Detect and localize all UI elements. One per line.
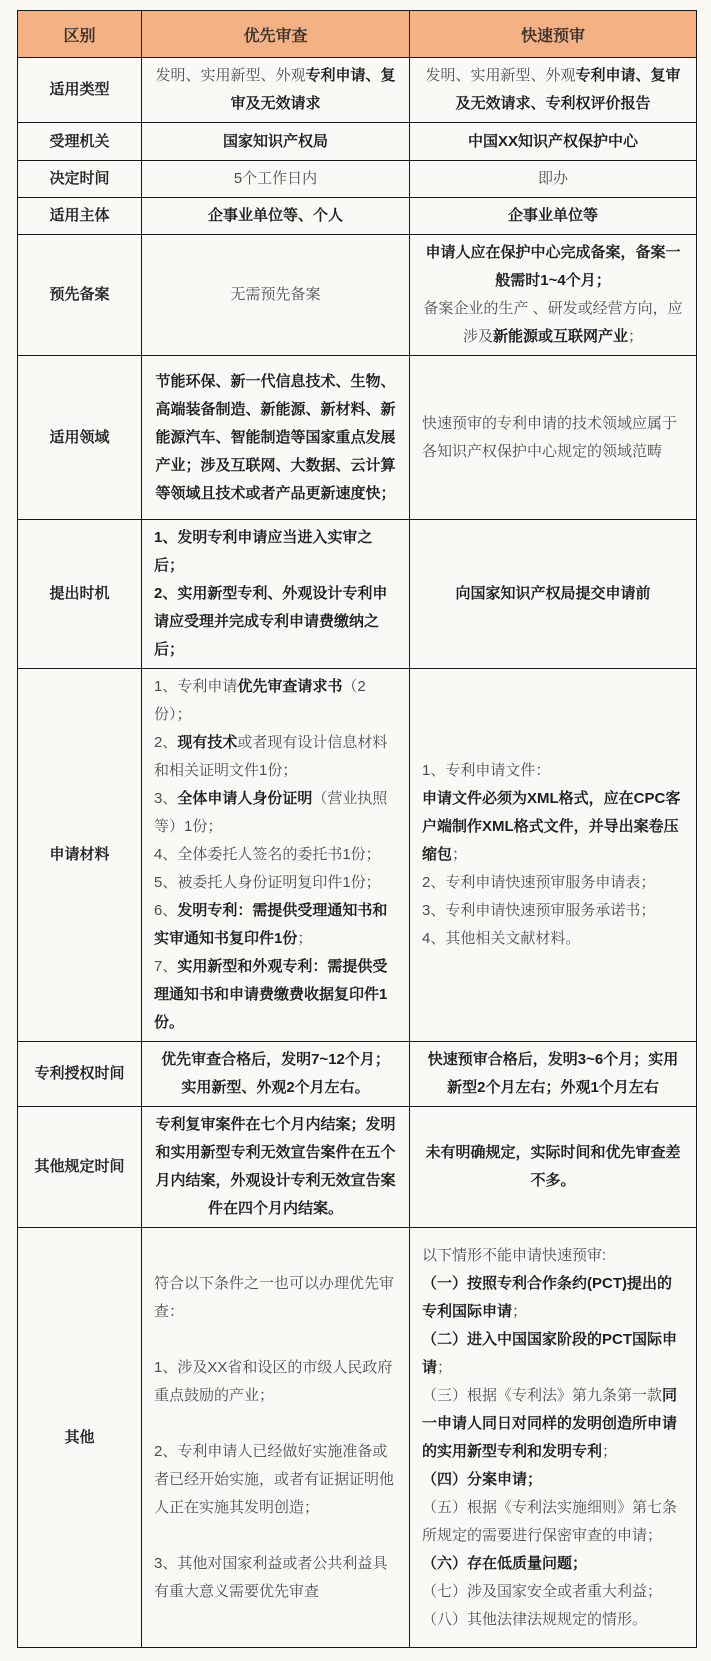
paragraph: 以下情形不能申请快速预审: (422, 1242, 684, 1270)
paragraph: 4、全体委托人签名的委托书1份； (154, 841, 397, 869)
text-run: ； (437, 1359, 452, 1376)
fast-preexam-cell: 申请人应在保护中心完成备案，备案一般需时1~4个月；备案企业的生产 、研发或经营… (410, 235, 697, 356)
paragraph: 1、发明专利申请应当进入实审之后； (154, 524, 397, 580)
table-row: 适用类型发明、实用新型、外观专利申请、复审及无效请求发明、实用新型、外观专利申请… (18, 58, 697, 123)
paragraph (154, 1410, 397, 1438)
bold-text-run: 优先审查合格后，发明7~12个月；实用新型、外观2个月左右。 (161, 1051, 390, 1096)
row-label: 适用领域 (18, 356, 142, 520)
paragraph: 中国XX知识产权保护中心 (422, 128, 684, 156)
paragraph: 1、专利申请文件： (422, 757, 684, 785)
text-run: ； (512, 1303, 527, 1320)
paragraph: 无需预先备案 (154, 281, 397, 309)
table-row: 专利授权时间优先审查合格后，发明7~12个月；实用新型、外观2个月左右。快速预审… (18, 1042, 697, 1107)
bold-text-run: 优先审查请求书 (237, 678, 342, 695)
bold-text-run: 实用新型和外观专利：需提供受理通知书和申请费缴费收据复印件1份。 (154, 958, 387, 1031)
paragraph: 2、专利申请人已经做好实施准备或者已经开始实施，或者有证据证明他人正在实施其发明… (154, 1438, 397, 1522)
row-label: 申请材料 (18, 669, 142, 1042)
text-run: 5个工作日内 (234, 170, 317, 187)
text-run: 2、专利申请人已经做好实施准备或者已经开始实施，或者有证据证明他人正在实施其发明… (154, 1443, 394, 1516)
fast-preexam-cell: 发明、实用新型、外观专利申请、复审及无效请求、专利权评价报告 (410, 58, 697, 123)
bold-text-run: （二）进入中国国家阶段的PCT国际申请 (422, 1331, 677, 1376)
paragraph: 2、实用新型专利、外观设计专利申请应受理并完成专利申请费缴纳之后； (154, 580, 397, 664)
text-run: 1、专利申请 (154, 678, 237, 695)
paragraph: 发明、实用新型、外观专利申请、复审及无效请求 (154, 62, 397, 118)
paragraph: 专利复审案件在七个月内结案；发明和实用新型专利无效宣告案件在五个月内结案，外观设… (154, 1111, 397, 1223)
table-row: 适用主体企事业单位等、个人企事业单位等 (18, 198, 697, 235)
bold-text-run: （六）存在低质量问题； (422, 1555, 587, 1572)
priority-exam-cell: 专利复审案件在七个月内结案；发明和实用新型专利无效宣告案件在五个月内结案，外观设… (142, 1107, 410, 1228)
text-run: ； (628, 328, 643, 345)
fast-preexam-cell: 企事业单位等 (410, 198, 697, 235)
row-label: 提出时机 (18, 520, 142, 669)
bold-text-run: 申请人应在保护中心完成备案，备案一般需时1~4个月； (425, 244, 680, 289)
paragraph: （二）进入中国国家阶段的PCT国际申请； (422, 1326, 684, 1382)
text-run: 快速预审的专利申请的技术领域应属于各知识产权保护中心规定的领域范畴 (422, 415, 677, 460)
row-label: 决定时间 (18, 161, 142, 198)
text-run: 3、其他对国家利益或者公共利益具有重大意义需要优先审查 (154, 1555, 387, 1600)
text-run: 6、 (154, 902, 177, 919)
bold-text-run: 专利复审案件在七个月内结案；发明和实用新型专利无效宣告案件在五个月内结案，外观设… (155, 1116, 395, 1217)
table-row: 适用领域节能环保、新一代信息技术、生物、高端装备制造、新能源、新材料、新能源汽车… (18, 356, 697, 520)
bold-text-run: 现有技术 (177, 734, 237, 751)
priority-exam-cell: 1、发明专利申请应当进入实审之后；2、实用新型专利、外观设计专利申请应受理并完成… (142, 520, 410, 669)
row-label: 其他规定时间 (18, 1107, 142, 1228)
fast-preexam-cell: 中国XX知识产权保护中心 (410, 123, 697, 161)
paragraph: 3、专利申请快速预审服务承诺书； (422, 897, 684, 925)
priority-exam-cell: 节能环保、新一代信息技术、生物、高端装备制造、新能源、新材料、新能源汽车、智能制… (142, 356, 410, 520)
bold-text-run: 企事业单位等 (508, 207, 598, 224)
priority-exam-cell: 5个工作日内 (142, 161, 410, 198)
paragraph: 未有明确规定，实际时间和优先审查差不多。 (422, 1139, 684, 1195)
paragraph: 2、现有技术或者现有设计信息材料和相关证明文件1份； (154, 729, 397, 785)
fast-preexam-cell: 未有明确规定，实际时间和优先审查差不多。 (410, 1107, 697, 1228)
text-run: 1、专利申请文件： (422, 762, 550, 779)
paragraph: 企事业单位等 (422, 202, 684, 230)
bold-text-run: 1、发明专利申请应当进入实审之后； (154, 529, 372, 574)
priority-exam-cell: 优先审查合格后，发明7~12个月；实用新型、外观2个月左右。 (142, 1042, 410, 1107)
paragraph: 申请文件必须为XML格式，应在CPC客户端制作XML格式文件，并导出案卷压缩包； (422, 785, 684, 869)
table-row: 决定时间5个工作日内即办 (18, 161, 697, 198)
row-label: 受理机关 (18, 123, 142, 161)
text-run: 发明、实用新型、外观 (425, 67, 575, 84)
paragraph: 企事业单位等、个人 (154, 202, 397, 230)
bold-text-run: 向国家知识产权局提交申请前 (455, 585, 650, 602)
fast-preexam-cell: 快速预审合格后，发明3~6个月；实用新型2个月左右；外观1个月左右 (410, 1042, 697, 1107)
paragraph: 申请人应在保护中心完成备案，备案一般需时1~4个月； (422, 239, 684, 295)
comparison-table: 区别 优先审查 快速预审 适用类型发明、实用新型、外观专利申请、复审及无效请求发… (17, 10, 697, 1648)
text-run: 2、 (154, 734, 177, 751)
page: 区别 优先审查 快速预审 适用类型发明、实用新型、外观专利申请、复审及无效请求发… (0, 0, 711, 1661)
table-row: 受理机关国家知识产权局中国XX知识产权保护中心 (18, 123, 697, 161)
header-row: 区别 优先审查 快速预审 (18, 11, 697, 58)
text-run: 7、 (154, 958, 177, 975)
text-run: 符合以下条件之一也可以办理优先审查： (154, 1275, 394, 1320)
paragraph: 备案企业的生产 、研发或经营方向，应涉及新能源或互联网产业； (422, 295, 684, 351)
table-body: 适用类型发明、实用新型、外观专利申请、复审及无效请求发明、实用新型、外观专利申请… (18, 58, 697, 1648)
bold-text-run: 国家知识产权局 (223, 133, 328, 150)
header-cell-category: 区别 (18, 11, 142, 58)
paragraph: 节能环保、新一代信息技术、生物、高端装备制造、新能源、新材料、新能源汽车、智能制… (154, 368, 397, 508)
priority-exam-cell: 1、专利申请优先审查请求书（2份）；2、现有技术或者现有设计信息材料和相关证明文… (142, 669, 410, 1042)
fast-preexam-cell: 快速预审的专利申请的技术领域应属于各知识产权保护中心规定的领域范畴 (410, 356, 697, 520)
priority-exam-cell: 发明、实用新型、外观专利申请、复审及无效请求 (142, 58, 410, 123)
paragraph: （四）分案申请； (422, 1466, 684, 1494)
bold-text-run: 节能环保、新一代信息技术、生物、高端装备制造、新能源、新材料、新能源汽车、智能制… (155, 373, 395, 502)
text-run: 以下情形不能申请快速预审: (422, 1247, 606, 1264)
paragraph: （六）存在低质量问题； (422, 1550, 684, 1578)
bold-text-run: 2、实用新型专利、外观设计专利申请应受理并完成专利申请费缴纳之后； (154, 585, 387, 658)
table-row: 其他规定时间专利复审案件在七个月内结案；发明和实用新型专利无效宣告案件在五个月内… (18, 1107, 697, 1228)
text-run: ； (297, 930, 312, 947)
row-label: 适用主体 (18, 198, 142, 235)
text-run: ； (602, 1443, 617, 1460)
paragraph: 国家知识产权局 (154, 128, 397, 156)
row-label: 专利授权时间 (18, 1042, 142, 1107)
paragraph: 5个工作日内 (154, 165, 397, 193)
paragraph (154, 1522, 397, 1550)
text-run: 即办 (538, 170, 568, 187)
paragraph: 快速预审合格后，发明3~6个月；实用新型2个月左右；外观1个月左右 (422, 1046, 684, 1102)
text-run: 3、专利申请快速预审服务承诺书； (422, 902, 655, 919)
paragraph: 优先审查合格后，发明7~12个月；实用新型、外观2个月左右。 (154, 1046, 397, 1102)
text-run: 发明、实用新型、外观 (155, 67, 305, 84)
text-run: （五）根据《专利法实施细则》第七条所规定的需要进行保密审查的申请； (422, 1499, 677, 1544)
text-run: 4、其他相关文献材料。 (422, 930, 580, 947)
bold-text-run: （一）按照专利合作条约(PCT)提出的专利国际申请 (422, 1275, 672, 1320)
bold-text-run: （四）分案申请； (422, 1471, 542, 1488)
paragraph: 符合以下条件之一也可以办理优先审查： (154, 1270, 397, 1326)
text-run: （八）其他法律法规规定的情形。 (422, 1611, 647, 1628)
paragraph: 发明、实用新型、外观专利申请、复审及无效请求、专利权评价报告 (422, 62, 684, 118)
text-run: 1、涉及XX省和设区的市级人民政府重点鼓励的产业； (154, 1359, 392, 1404)
paragraph: 即办 (422, 165, 684, 193)
bold-text-run: 未有明确规定，实际时间和优先审查差不多。 (425, 1144, 680, 1189)
bold-text-run: 企事业单位等、个人 (208, 207, 343, 224)
paragraph: 6、发明专利：需提供受理通知书和实审通知书复印件1份； (154, 897, 397, 953)
priority-exam-cell: 国家知识产权局 (142, 123, 410, 161)
paragraph: （一）按照专利合作条约(PCT)提出的专利国际申请； (422, 1270, 684, 1326)
text-run: 5、被委托人身份证明复印件1份； (154, 874, 381, 891)
bold-text-run: 中国XX知识产权保护中心 (468, 133, 638, 150)
paragraph: 5、被委托人身份证明复印件1份； (154, 869, 397, 897)
row-label: 适用类型 (18, 58, 142, 123)
bold-text-run: 发明专利：需提供受理通知书和实审通知书复印件1份 (154, 902, 387, 947)
fast-preexam-cell: 向国家知识产权局提交申请前 (410, 520, 697, 669)
text-run: （七）涉及国家安全或者重大利益； (422, 1583, 662, 1600)
header-cell-priority-exam: 优先审查 (142, 11, 410, 58)
paragraph: 3、其他对国家利益或者公共利益具有重大意义需要优先审查 (154, 1550, 397, 1606)
text-run: 3、 (154, 790, 177, 807)
paragraph: 2、专利申请快速预审服务申请表； (422, 869, 684, 897)
text-run: （三）根据《专利法》第九条第一款 (422, 1387, 662, 1404)
table-row: 提出时机1、发明专利申请应当进入实审之后；2、实用新型专利、外观设计专利申请应受… (18, 520, 697, 669)
paragraph: （五）根据《专利法实施细则》第七条所规定的需要进行保密审查的申请； (422, 1494, 684, 1550)
bold-text-run: 全体申请人身份证明 (177, 790, 312, 807)
fast-preexam-cell: 即办 (410, 161, 697, 198)
table-row: 申请材料1、专利申请优先审查请求书（2份）；2、现有技术或者现有设计信息材料和相… (18, 669, 697, 1042)
text-run: 2、专利申请快速预审服务申请表； (422, 874, 655, 891)
table-row: 预先备案无需预先备案申请人应在保护中心完成备案，备案一般需时1~4个月；备案企业… (18, 235, 697, 356)
paragraph: 快速预审的专利申请的技术领域应属于各知识产权保护中心规定的领域范畴 (422, 410, 684, 466)
bold-text-run: 快速预审合格后，发明3~6个月；实用新型2个月左右；外观1个月左右 (428, 1051, 678, 1096)
header-cell-fast-preexam: 快速预审 (410, 11, 697, 58)
fast-preexam-cell: 1、专利申请文件：申请文件必须为XML格式，应在CPC客户端制作XML格式文件，… (410, 669, 697, 1042)
paragraph: 1、涉及XX省和设区的市级人民政府重点鼓励的产业； (154, 1354, 397, 1410)
paragraph: 向国家知识产权局提交申请前 (422, 580, 684, 608)
paragraph: （八）其他法律法规规定的情形。 (422, 1606, 684, 1634)
row-label: 预先备案 (18, 235, 142, 356)
paragraph: （七）涉及国家安全或者重大利益； (422, 1578, 684, 1606)
bold-text-run: 新能源或互联网产业 (493, 328, 628, 345)
text-run: ； (452, 846, 467, 863)
paragraph: 7、实用新型和外观专利：需提供受理通知书和申请费缴费收据复印件1份。 (154, 953, 397, 1037)
paragraph: （三）根据《专利法》第九条第一款同一申请人同日对同样的发明创造所申请的实用新型专… (422, 1382, 684, 1466)
paragraph: 1、专利申请优先审查请求书（2份）； (154, 673, 397, 729)
text-run: 4、全体委托人签名的委托书1份； (154, 846, 381, 863)
paragraph: 3、全体申请人身份证明（营业执照等）1份； (154, 785, 397, 841)
paragraph (154, 1326, 397, 1354)
priority-exam-cell: 无需预先备案 (142, 235, 410, 356)
priority-exam-cell: 企事业单位等、个人 (142, 198, 410, 235)
paragraph: 4、其他相关文献材料。 (422, 925, 684, 953)
text-run: 无需预先备案 (230, 286, 320, 303)
